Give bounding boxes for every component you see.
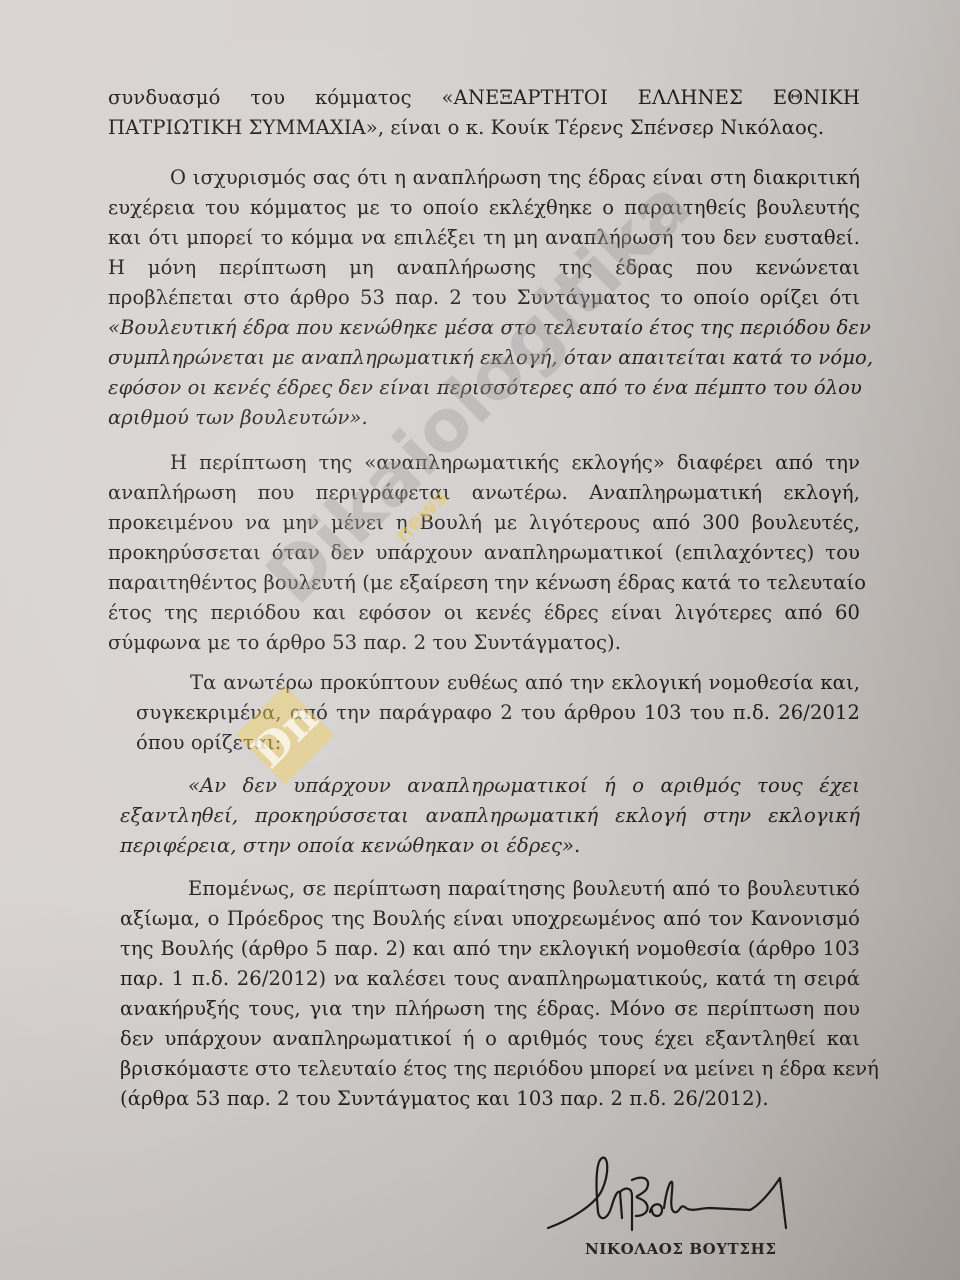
quote-line: εξαντληθεί, προκηρύσσεται αναπληρωματική… <box>120 801 860 831</box>
text-line: προκηρύσσεται όταν δεν υπάρχουν αναπληρω… <box>108 538 860 568</box>
text-line: βρισκόμαστε στο τελευταίο έτος της περιό… <box>120 1054 860 1084</box>
quote-line: εφόσον οι κενές έδρες δεν είναι περισσότ… <box>108 373 860 403</box>
text-line: συνδυασμό του κόμματος «ΑΝΕΞΑΡΤΗΤΟΙ ΕΛΛΗ… <box>108 83 860 113</box>
quote-line: αριθμού των βουλευτών». <box>108 403 860 433</box>
text-line: και ότι μπορεί το κόμμα να επιλέξει τη μ… <box>108 223 860 253</box>
quote-line: «Βουλευτική έδρα που κενώθηκε μέσα στο τ… <box>108 313 860 343</box>
text-line: Η μόνη περίπτωση μη αναπλήρωσης της έδρα… <box>108 253 860 283</box>
text-line: προκειμένου να μην μένει η Βουλή με λιγό… <box>108 508 860 538</box>
text-line: παραιτηθέντος βουλευτή (με εξαίρεση την … <box>108 568 860 598</box>
text-line: Ο ισχυρισμός σας ότι η αναπλήρωση της έδ… <box>170 163 860 193</box>
quote-line: περιφέρεια, στην οποία κενώθηκαν οι έδρε… <box>120 831 860 861</box>
text-line: έτος της περιόδου και εφόσον οι κενές έδ… <box>108 598 860 628</box>
text-line: Επομένως, σε περίπτωση παραίτησης βουλευ… <box>188 874 860 904</box>
text-line: (άρθρα 53 παρ. 2 του Συντάγματος και 103… <box>120 1084 860 1114</box>
text-line: Η περίπτωση της «αναπληρωματικής εκλογής… <box>170 448 860 478</box>
text-line: ευχέρεια του κόμματος με το οποίο εκλέχθ… <box>108 193 860 223</box>
text-line: προβλέπεται στο άρθρο 53 παρ. 2 του Συντ… <box>108 283 860 313</box>
letter-page: συνδυασμό του κόμματος «ΑΝΕΞΑΡΤΗΤΟΙ ΕΛΛΗ… <box>0 0 960 1280</box>
signatory-name: ΝΙΚΟΛΑΟΣ ΒΟΥΤΣΗΣ <box>585 1240 777 1258</box>
text-line: παρ. 1 π.δ. 26/2012) να καλέσει τους ανα… <box>120 964 860 994</box>
text-line: αναπλήρωση που περιγράφεται ανωτέρω. Ανα… <box>108 478 860 508</box>
text-line: ανακήρυξής τους, για την πλήρωση της έδρ… <box>120 994 860 1024</box>
text-line: ΠΑΤΡΙΩΤΙΚΗ ΣΥΜΜΑΧΙΑ», είναι ο κ. Κουίκ Τ… <box>108 113 860 143</box>
text-line: σύμφωνα με το άρθρο 53 παρ. 2 του Συντάγ… <box>108 628 860 658</box>
text-line: συγκεκριμένα, από την παράγραφο 2 του άρ… <box>136 698 860 728</box>
text-line: αξίωμα, ο Πρόεδρος της Βουλής είναι υποχ… <box>120 904 860 934</box>
signature-icon <box>540 1150 830 1250</box>
quote-line: συμπληρώνεται με αναπληρωματική εκλογή, … <box>108 343 860 373</box>
text-line: της Βουλής (άρθρο 5 παρ. 2) και από την … <box>120 934 860 964</box>
text-line: δεν υπάρχουν αναπληρωματικοί ή ο αριθμός… <box>120 1024 860 1054</box>
